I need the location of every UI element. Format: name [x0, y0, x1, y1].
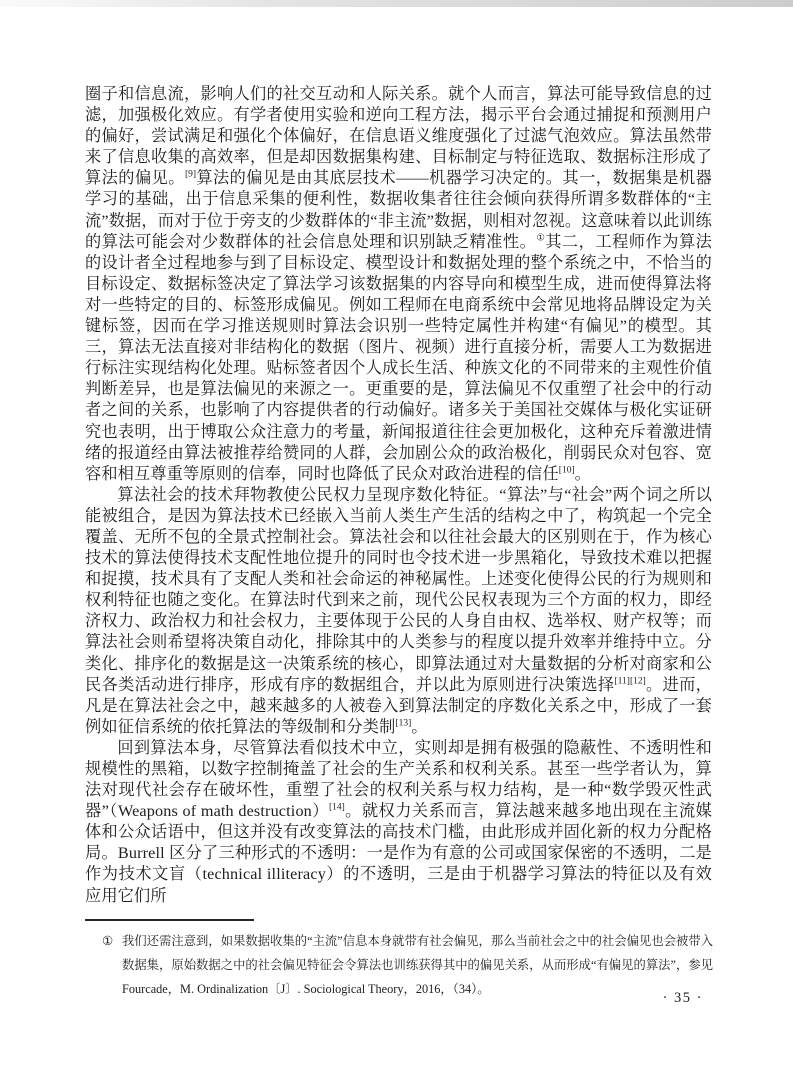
footnote-text: 我们还需注意到，如果数据收集的“主流”信息本身就带有社会偏见，那么当前社会之中的…: [122, 929, 713, 1001]
article-body: 圈子和信息流，影响人们的社交互动和人际关系。就个人而言，算法可能导致信息的过滤，…: [85, 84, 712, 907]
paragraph: 回到算法本身，尽管算法看似技术中立，实则却是拥有极强的隐蔽性、不透明性和规模性的…: [85, 738, 712, 907]
scanned-paper-page: 圈子和信息流，影响人们的社交互动和人际关系。就个人而言，算法可能导致信息的过滤，…: [0, 0, 793, 1077]
paragraph: 算法社会的技术拜物教使公民权力呈现序数化特征。“算法”与“社会”两个词之所以能被…: [85, 485, 712, 738]
citation-superscript: [10]: [559, 465, 575, 475]
citation-superscript: [9]: [185, 170, 196, 180]
page-number: · 35 ·: [663, 990, 703, 1007]
footnote: ① 我们还需注意到，如果数据收集的“主流”信息本身就带有社会偏见，那么当前社会之…: [102, 929, 713, 1001]
footnote-divider: [85, 919, 254, 921]
page-top-scan-edge: [0, 0, 793, 7]
citation-superscript: [11][12]: [614, 676, 645, 686]
footnote-marker: ①: [102, 929, 122, 1001]
citation-superscript: [13]: [395, 718, 411, 728]
citation-superscript: [14]: [329, 803, 345, 813]
paragraph: 圈子和信息流，影响人们的社交互动和人际关系。就个人而言，算法可能导致信息的过滤，…: [85, 84, 712, 485]
citation-superscript: ①: [536, 233, 545, 243]
